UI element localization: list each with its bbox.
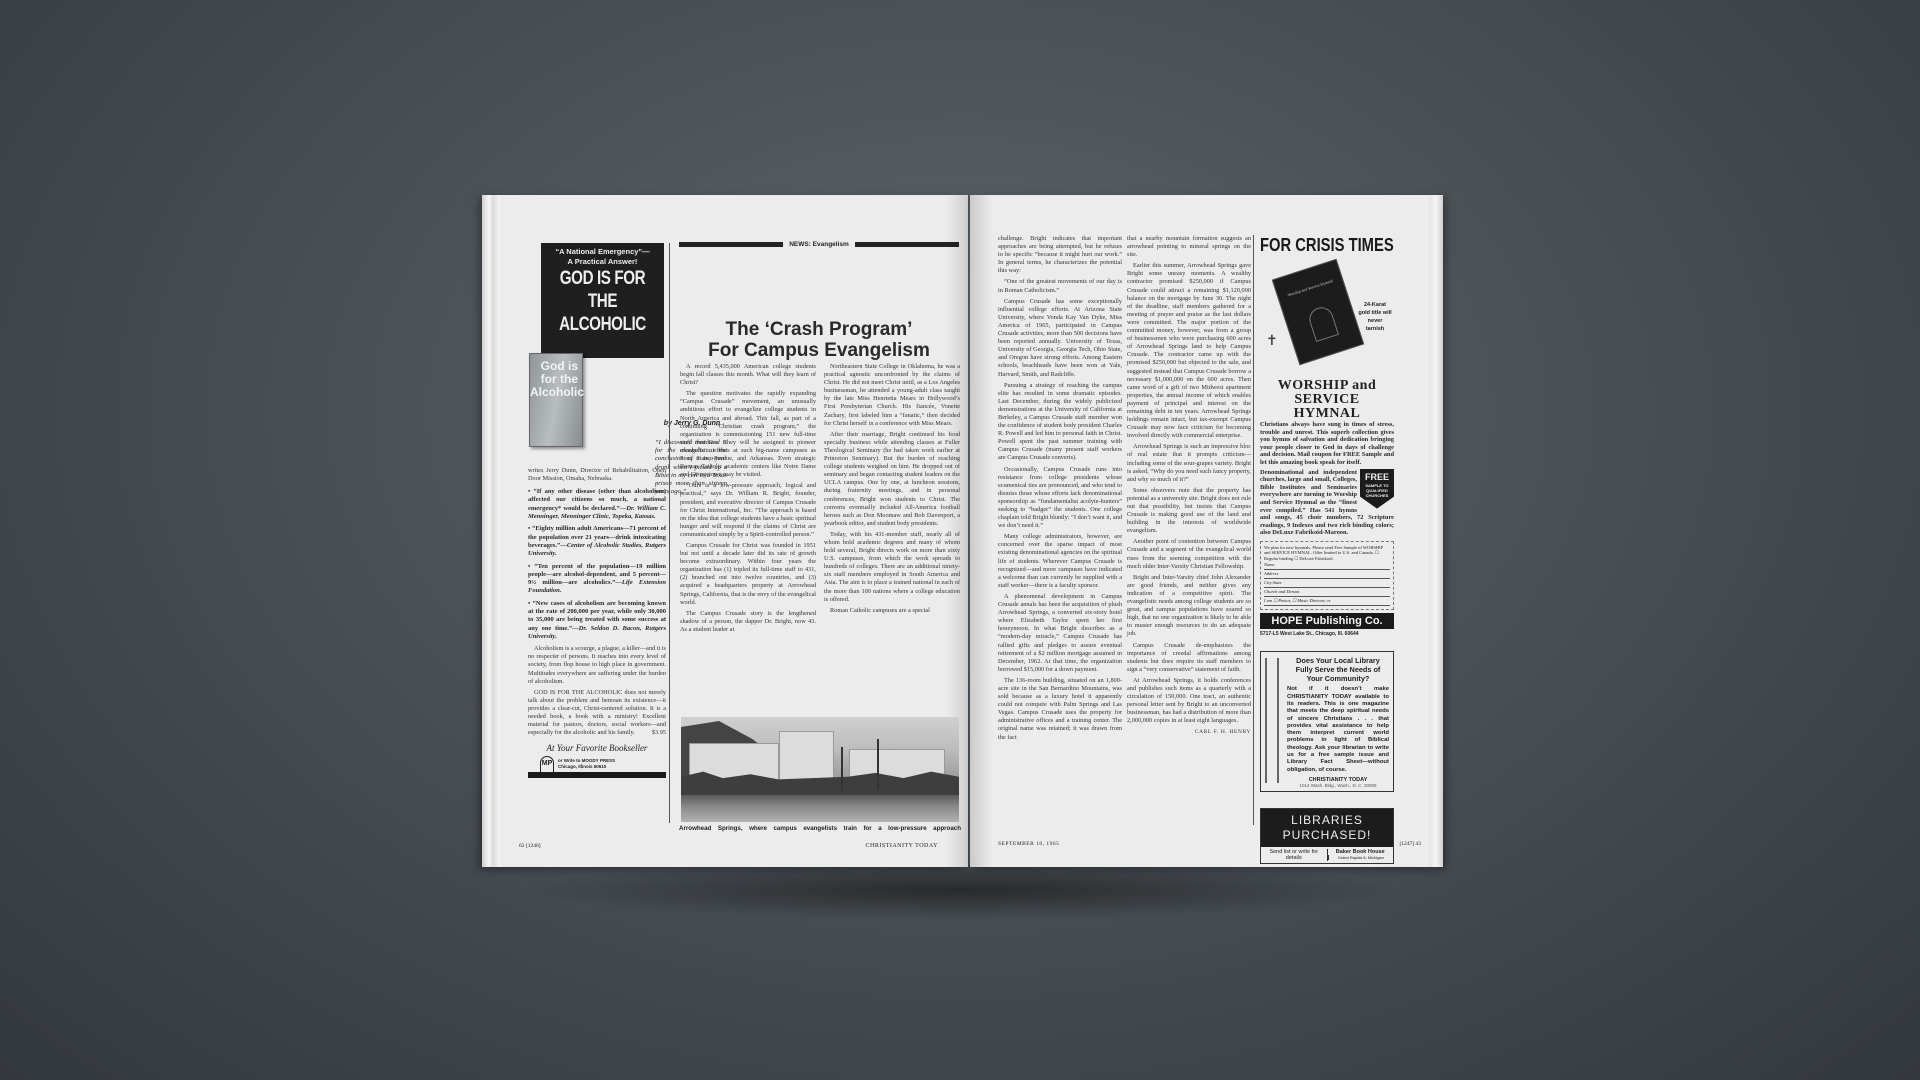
library-ad-body: Not if it doesn’t make CHRISTIANITY TODA…	[1287, 686, 1389, 774]
issue-date: SEPTEMBER 10, 1965	[998, 841, 1059, 847]
ad-kicker: “A National Emergency”—	[544, 247, 661, 257]
libraries-purchased-ad: LIBRARIES PURCHASED! Send list or write …	[1260, 808, 1394, 864]
hymnal-ad-body: Christians always have sung in times of …	[1260, 421, 1394, 467]
article-column-3: challenge. Bright indicates that importa…	[998, 235, 1122, 745]
ad-bullet: • “Eighty million adult Americans—71 per…	[528, 525, 666, 558]
cross-crown-icon: ✝	[1266, 333, 1278, 350]
gutter-shadow	[970, 195, 992, 867]
ad-bullet: • “New cases of alcoholism are becoming …	[528, 600, 666, 641]
free-sample-badge: FREESAMPLE TO QUALIFIED CHURCHES	[1360, 469, 1394, 509]
running-footer: CHRISTIANITY TODAY	[865, 843, 938, 849]
ad-price: $3.95	[646, 729, 666, 737]
article-column-2: Northeastern State College in Oklahoma, …	[824, 363, 960, 618]
ad-kicker: A Practical Answer!	[544, 257, 661, 267]
ad-bullet: • “Ten percent of the population—19 mill…	[528, 563, 666, 596]
hymnal-ad-body: FREESAMPLE TO QUALIFIED CHURCHES Denomin…	[1260, 469, 1394, 537]
ad-headline-box: “A National Emergency”— A Practical Answ…	[541, 243, 664, 358]
book-ad-god-is-for-the-alcoholic: “A National Emergency”— A Practical Answ…	[541, 243, 664, 358]
article-column-4: that a nearby mountain formation suggest…	[1127, 235, 1251, 737]
book-cover-image: God is for the Alcoholic	[529, 353, 583, 447]
hymnal-title: WORSHIP and SERVICE HYMNAL	[1260, 379, 1394, 421]
ad-paragraph: GOD IS FOR THE ALCOHOLIC does not merely…	[528, 689, 666, 738]
library-ad-address: 1014 Wash. Bldg., Wash., D. C. 20005	[1287, 783, 1389, 788]
section-header: NEWS: Evangelism	[679, 241, 959, 248]
ad-bullet: • “If any other disease (other than alco…	[528, 488, 666, 521]
article-column-1: A record 5,435,000 American college stud…	[680, 363, 816, 637]
page-stack-edge-right	[1429, 195, 1443, 867]
hope-publishing-address: 5717-L5 West Lake St., Chicago, Ill. 606…	[1260, 631, 1394, 637]
coupon-field-city-state[interactable]: City State	[1264, 579, 1390, 588]
coupon-field-address[interactable]: Address	[1264, 570, 1390, 579]
hope-publishing-banner: HOPE Publishing Co.	[1260, 613, 1394, 629]
church-window-icon	[1306, 304, 1339, 342]
column-rule	[1253, 235, 1254, 825]
moody-press-footer: MP or Write to MOODY PRESS Chicago, Illi…	[528, 756, 666, 778]
ad-quote-attribution: writes Jerry Dunn, Director of Rehabilit…	[528, 467, 666, 483]
right-page: challenge. Bright indicates that importa…	[970, 195, 1443, 867]
ad-body: writes Jerry Dunn, Director of Rehabilit…	[528, 467, 666, 778]
ad-retail-line: At Your Favorite Bookseller	[528, 743, 666, 753]
library-ad: Does Your Local Library Fully Serve the …	[1260, 651, 1394, 792]
page-stack-edge-left	[482, 195, 500, 867]
mail-coupon[interactable]: We plan for new hymnals. Please send Fre…	[1260, 541, 1394, 611]
coupon-field-name[interactable]: Name	[1264, 561, 1390, 570]
gold-title-note: 24-Karat gold title will never tarnish	[1358, 301, 1392, 333]
page-number-left: 62 [1246]	[519, 843, 541, 849]
ad-headline: THE	[556, 290, 650, 313]
column-pillar-icon	[1265, 658, 1279, 783]
library-ad-headline: Does Your Local Library Fully Serve the …	[1287, 656, 1389, 683]
moody-press-logo-icon: MP	[540, 756, 554, 773]
arrowhead-springs-photo	[681, 717, 959, 822]
left-page: “A National Emergency”— A Practical Answ…	[482, 195, 968, 867]
column-rule	[669, 243, 670, 823]
ad-paragraph: Alcoholism is a scourge, a plague, a kil…	[528, 645, 666, 685]
page-number-right: [1247] 43	[1399, 841, 1421, 847]
ad-headline: GOD IS FOR	[556, 267, 650, 290]
author-signature: CARL F. H. HENRY	[1127, 728, 1251, 736]
ad-headline: ALCOHOLIC	[556, 313, 650, 336]
coupon-field-church[interactable]: Church and Denom.	[1264, 588, 1390, 597]
ads-column: FOR CRISIS TIMES Worship and Service Hym…	[1260, 235, 1394, 864]
coupon-field-role[interactable]: I am ☐ Pastor, ☐ Music Director, or	[1264, 597, 1390, 606]
photo-caption: Arrowhead Springs, where campus evangeli…	[679, 825, 961, 832]
hymnal-book-illustration: Worship and Service Hymnal 24-Karat gold…	[1260, 259, 1394, 379]
magazine-shadow	[520, 860, 1400, 920]
article-title: The ‘Crash Program’ For Campus Evangelis…	[679, 319, 959, 361]
section-label: NEWS: Evangelism	[789, 241, 849, 248]
hymnal-ad-headline: FOR CRISIS TIMES	[1260, 235, 1370, 255]
